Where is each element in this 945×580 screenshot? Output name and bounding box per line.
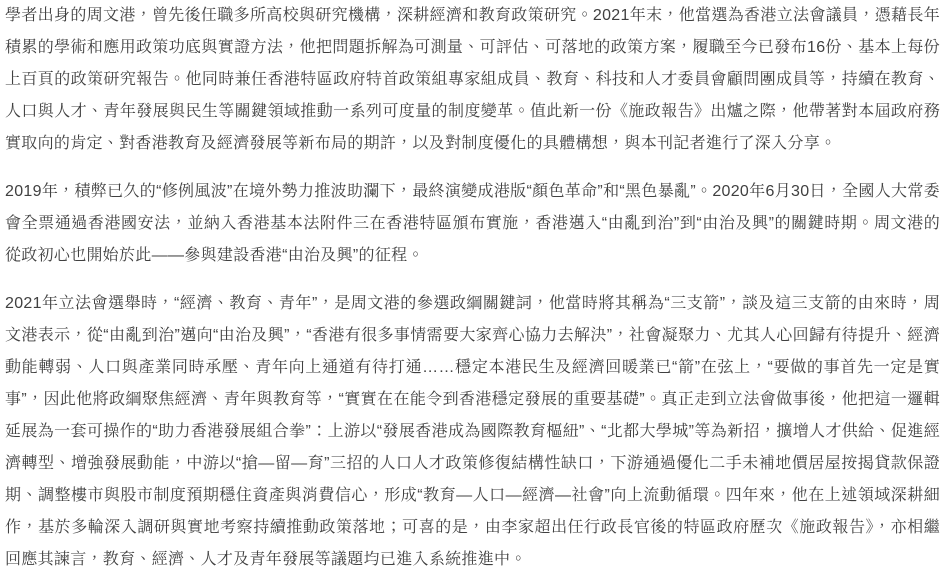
article-paragraph-2: 2019年，積弊已久的“修例風波”在境外勢力推波助瀾下，最終演變成港版“顏色革命… [5,176,940,272]
article-paragraph-1: 學者出身的周文港，曾先後任職多所高校與研究機構，深耕經濟和教育政策研究。2021… [5,0,940,160]
article-paragraph-3: 2021年立法會選舉時，“經濟、教育、青年”，是周文港的參選政綱關鍵詞，他當時將… [5,288,940,576]
article-body: 學者出身的周文港，曾先後任職多所高校與研究機構，深耕經濟和教育政策研究。2021… [0,0,945,576]
